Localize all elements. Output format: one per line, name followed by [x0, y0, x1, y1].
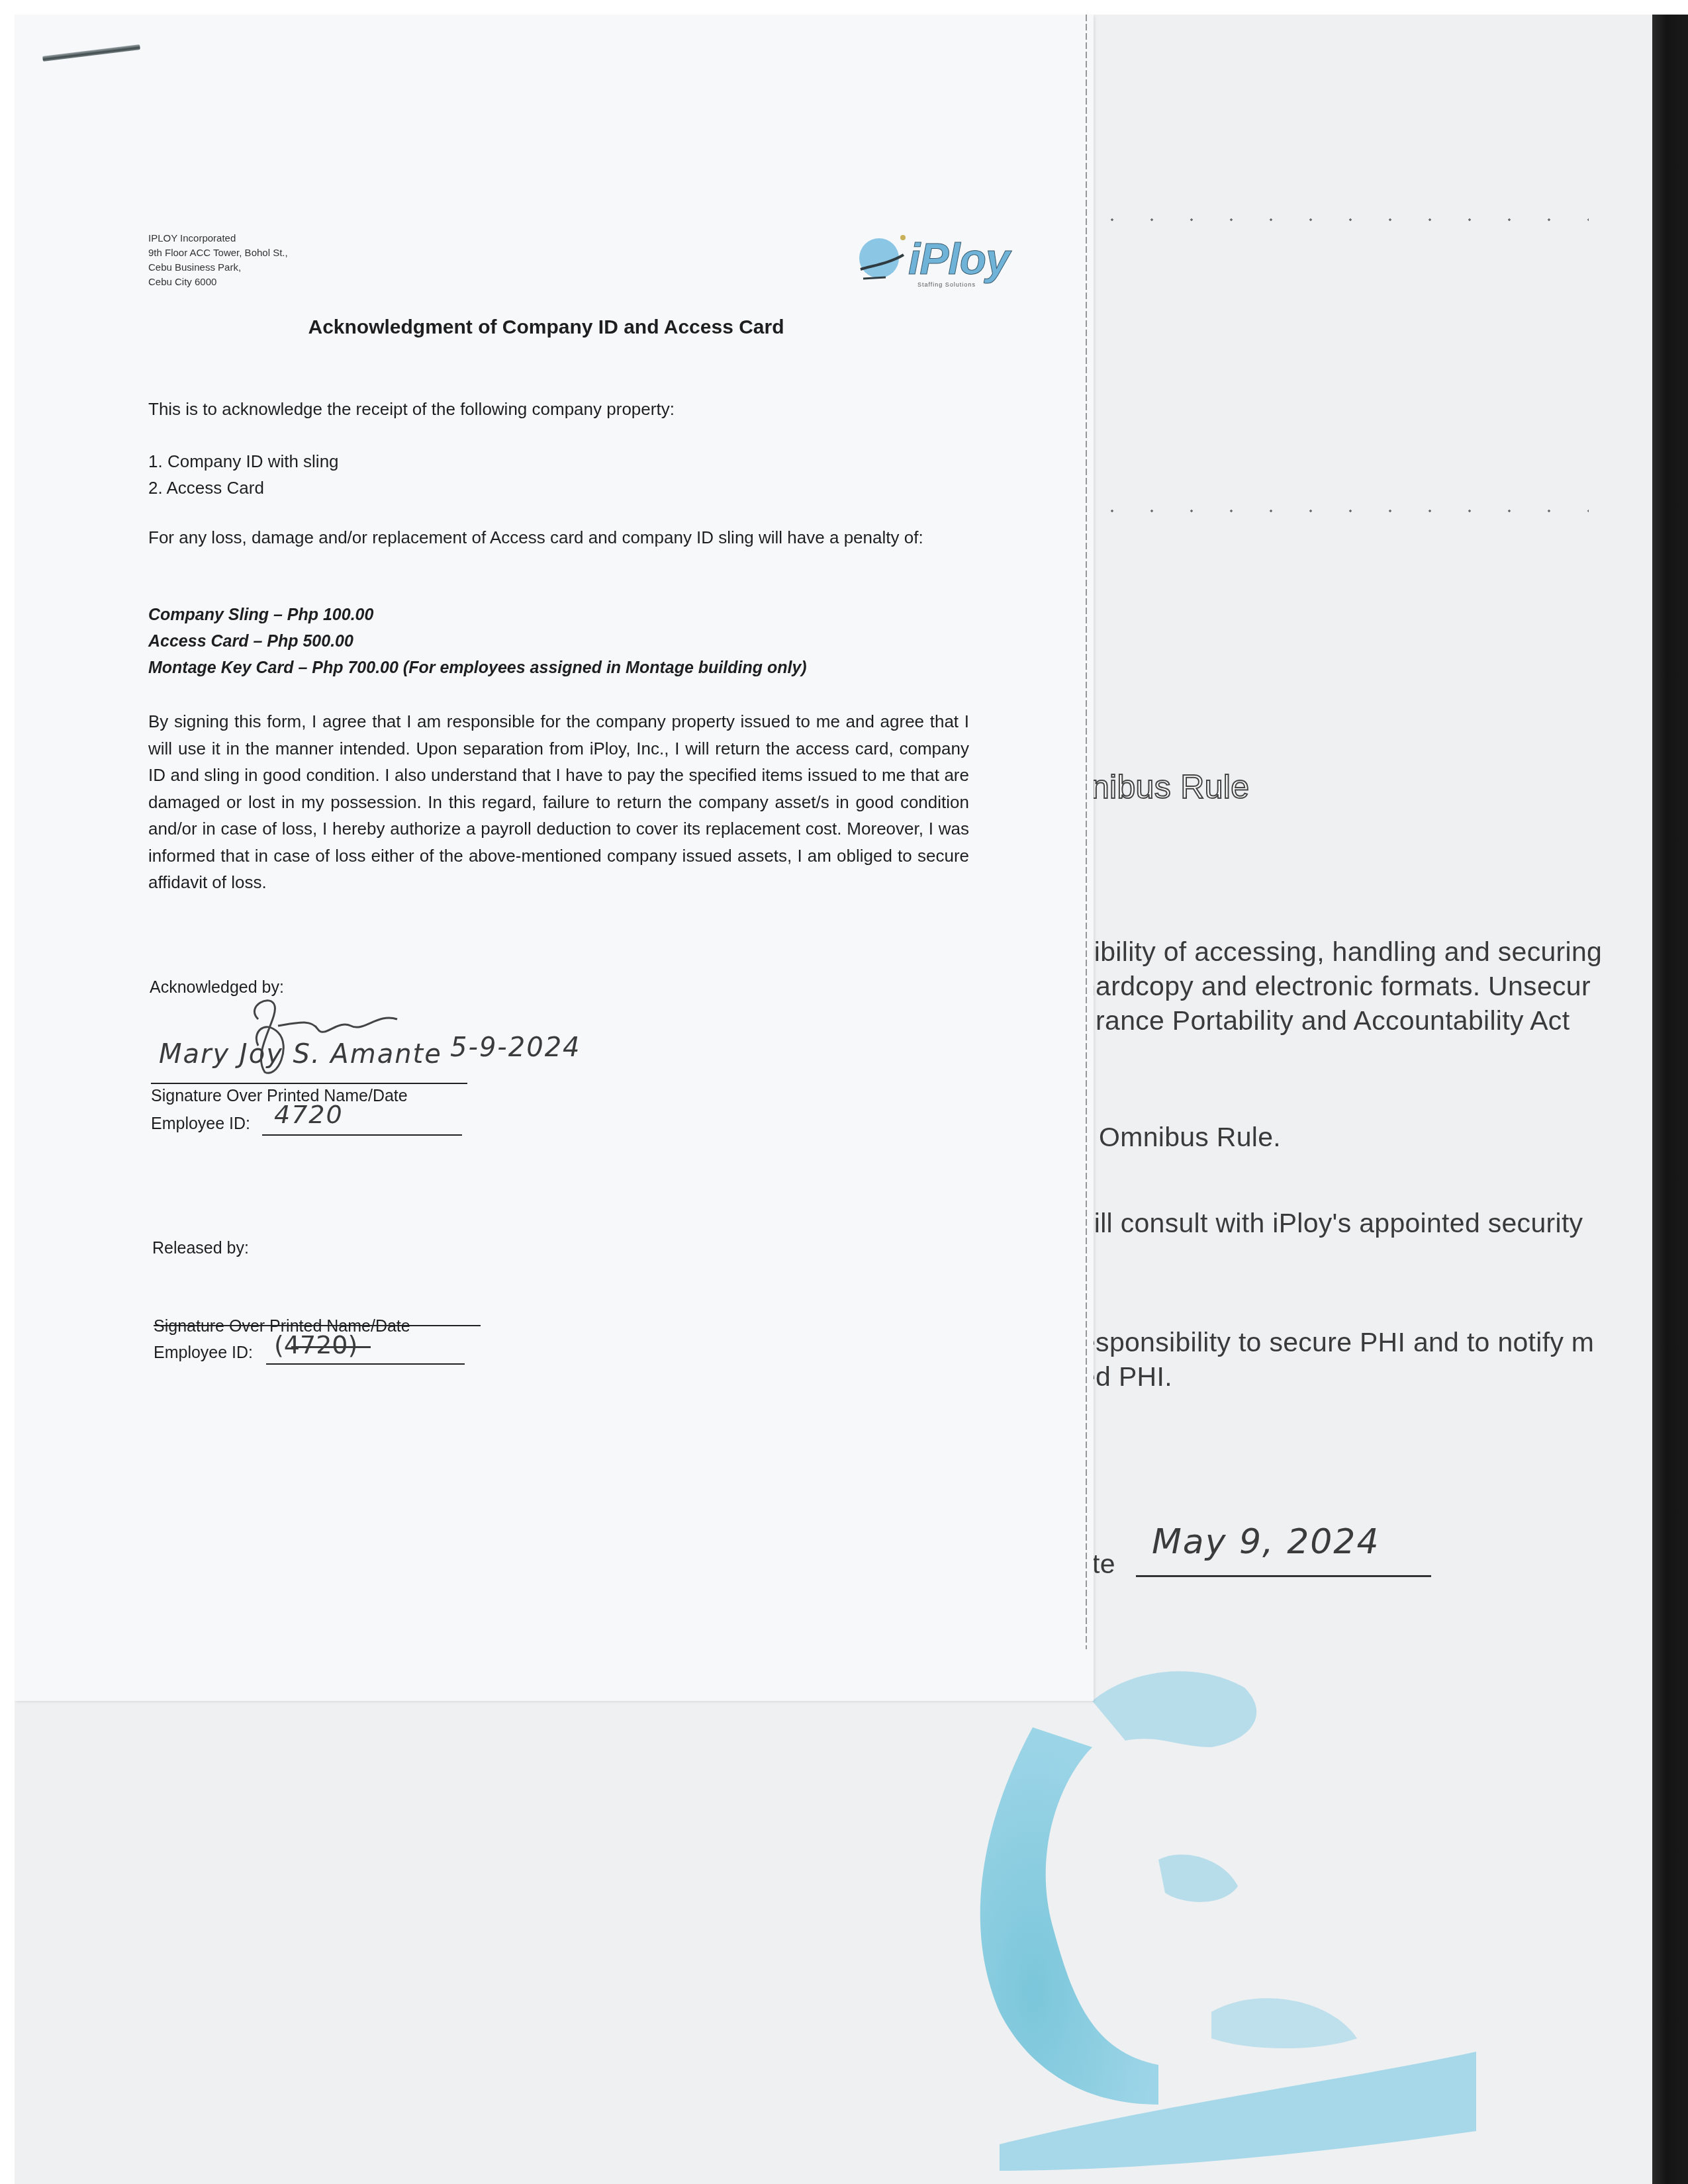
faded-print-row [1092, 218, 1589, 221]
scanner-edge [1652, 15, 1688, 2184]
back-line: ed PHI. [1080, 1361, 1172, 1392]
intro-text: This is to acknowledge the receipt of th… [148, 399, 675, 420]
logo-tagline: Staffing Solutions [917, 281, 976, 288]
penalty-item: Access Card – Php 500.00 [148, 632, 353, 651]
employee-id-value: 4720 [274, 1100, 344, 1129]
handwritten-date: May 9, 2024 [1152, 1522, 1380, 1562]
back-line: sibility of accessing, handling and secu… [1080, 936, 1602, 968]
back-line: Omnibus Rule. [1099, 1122, 1281, 1153]
address-line: IPLOY Incorporated [148, 232, 288, 246]
released-by-label: Released by: [152, 1239, 249, 1258]
employee-id-line [262, 1134, 462, 1136]
globe-watermark-icon [960, 1641, 1622, 2184]
signature-line [151, 1083, 467, 1084]
back-line: urance Portability and Accountability Ac… [1080, 1005, 1570, 1036]
page-edge-line [1086, 15, 1087, 1649]
address-line: Cebu Business Park, [148, 261, 288, 275]
employee-id-label: Employee ID: [154, 1343, 253, 1363]
back-line: vill consult with iPloy's appointed secu… [1080, 1208, 1583, 1239]
employee-id-label: Employee ID: [151, 1115, 250, 1134]
agreement-paragraph: By signing this form, I agree that I am … [148, 708, 969, 896]
strikethrough-mark [291, 1346, 371, 1348]
faded-print-row [1092, 510, 1589, 512]
date-line [1136, 1575, 1431, 1577]
logo-wordmark: iPloy [908, 234, 1009, 284]
globe-logo-icon [854, 228, 907, 288]
handwritten-sign-date: 5-9-2024 [450, 1032, 581, 1063]
company-logo: iPloy Staffing Solutions [854, 228, 1026, 295]
employee-id-line [266, 1363, 465, 1365]
property-item: 2. Access Card [148, 478, 264, 498]
property-item: 1. Company ID with sling [148, 451, 339, 472]
date-label: te [1092, 1549, 1115, 1580]
employee-id-value: (4720) [274, 1330, 357, 1359]
handwritten-employee-name: Mary Joy S. Amante [159, 1039, 442, 1069]
address-line: Cebu City 6000 [148, 275, 288, 290]
back-line: hardcopy and electronic formats. Unsecur [1080, 971, 1591, 1002]
penalty-item: Company Sling – Php 100.00 [148, 606, 373, 625]
penalty-intro: For any loss, damage and/or replacement … [148, 524, 969, 551]
penalty-item: Montage Key Card – Php 700.00 (For emplo… [148, 659, 807, 678]
document-title: Acknowledgment of Company ID and Access … [0, 316, 1092, 339]
back-page-heading: nibus Rule [1091, 768, 1249, 806]
company-address: IPLOY Incorporated 9th Floor ACC Tower, … [148, 232, 288, 290]
address-line: 9th Floor ACC Tower, Bohol St., [148, 246, 288, 261]
back-line: esponsibility to secure PHI and to notif… [1080, 1327, 1594, 1358]
